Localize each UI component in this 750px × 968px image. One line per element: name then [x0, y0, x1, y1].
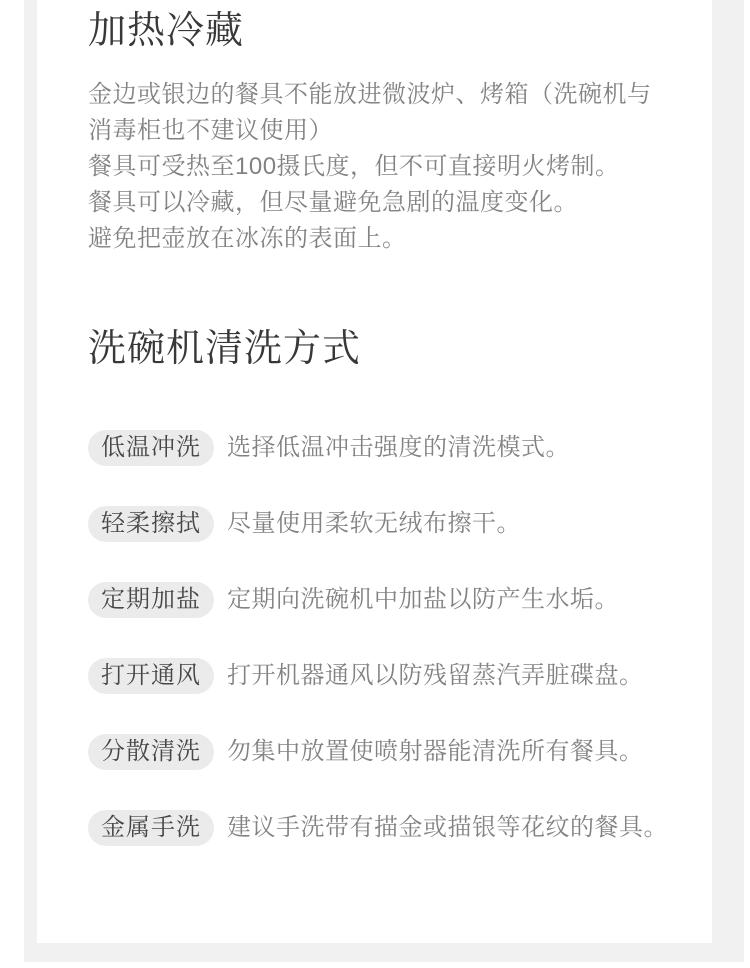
care-item-badge: 轻柔擦拭 — [88, 506, 214, 542]
paragraph-line: 餐具可受热至100摄氏度，但不可直接明火烤制。 — [88, 149, 668, 185]
care-item-badge: 打开通风 — [88, 658, 214, 694]
paragraph-line: 餐具可以冷藏，但尽量避免急剧的温度变化。 — [88, 185, 668, 221]
care-item-desc: 尽量使用柔软无绒布擦干。 — [227, 506, 521, 542]
section-title-heating: 加热冷藏 — [88, 8, 712, 54]
care-item-disperse: 分散清洗 勿集中放置使喷射器能清洗所有餐具。 — [88, 734, 712, 770]
care-item-desc: 建议手洗带有描金或描银等花纹的餐具。 — [227, 810, 668, 846]
paragraph-line: 金边或银边的餐具不能放进微波炉、烤箱（洗碗机与消毒柜也不建议使用） — [88, 77, 668, 149]
section-title-dishwasher: 洗碗机清洗方式 — [88, 326, 712, 372]
content-card: 加热冷藏 金边或银边的餐具不能放进微波炉、烤箱（洗碗机与消毒柜也不建议使用） 餐… — [37, 0, 712, 943]
care-item-low-temp: 低温冲洗 选择低温冲击强度的清洗模式。 — [88, 430, 712, 466]
care-item-ventilation: 打开通风 打开机器通风以防残留蒸汽弄脏碟盘。 — [88, 658, 712, 694]
care-item-desc: 打开机器通风以防残留蒸汽弄脏碟盘。 — [227, 658, 644, 694]
care-item-desc: 勿集中放置使喷射器能清洗所有餐具。 — [227, 734, 644, 770]
care-item-gentle-wipe: 轻柔擦拭 尽量使用柔软无绒布擦干。 — [88, 506, 712, 542]
care-item-desc: 定期向洗碗机中加盐以防产生水垢。 — [227, 582, 619, 618]
care-item-hand-wash-metal: 金属手洗 建议手洗带有描金或描银等花纹的餐具。 — [88, 810, 712, 846]
care-item-desc: 选择低温冲击强度的清洗模式。 — [227, 430, 570, 466]
paragraph-line: 避免把壶放在冰冻的表面上。 — [88, 221, 668, 257]
care-item-badge: 低温冲洗 — [88, 430, 214, 466]
care-item-badge: 金属手洗 — [88, 810, 214, 846]
care-item-badge: 定期加盐 — [88, 582, 214, 618]
care-item-badge: 分散清洗 — [88, 734, 214, 770]
care-list: 低温冲洗 选择低温冲击强度的清洗模式。 轻柔擦拭 尽量使用柔软无绒布擦干。 定期… — [88, 430, 712, 846]
heating-paragraph: 金边或银边的餐具不能放进微波炉、烤箱（洗碗机与消毒柜也不建议使用） 餐具可受热至… — [88, 77, 668, 257]
care-item-add-salt: 定期加盐 定期向洗碗机中加盐以防产生水垢。 — [88, 582, 712, 618]
